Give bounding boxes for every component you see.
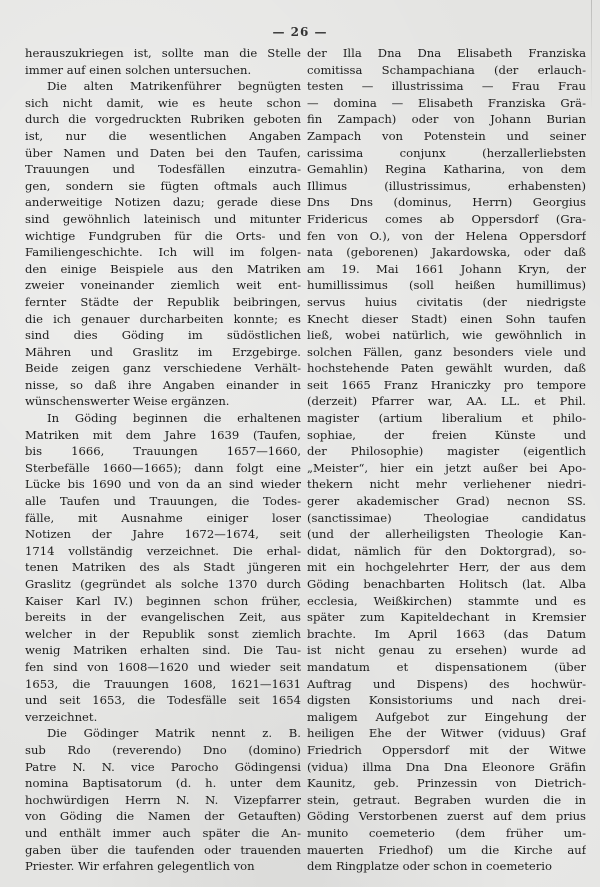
text-line: stein, getraut. Begraben wurden die in <box>307 792 586 809</box>
page-number: — 26 — <box>0 25 600 39</box>
text-line: tenen Matriken des als Stadt jüngeren <box>25 559 301 576</box>
text-line: Fridericus comes ab Oppersdorf (Gra- <box>307 211 586 228</box>
text-line: ecclesia, Weißkirchen) stammte und es <box>307 593 586 610</box>
text-line: Mähren und Graslitz im Erzgebirge. <box>25 344 301 361</box>
text-line: digsten Konsistoriums und nach drei- <box>307 692 586 709</box>
text-line: Matriken mit dem Jahre 1639 (Taufen, <box>25 427 301 444</box>
text-line: carissima conjunx (herzallerliebsten <box>307 145 586 162</box>
text-line: sophiae, der freien Künste und <box>307 427 586 444</box>
text-line: der Illa Dna Dna Elisabeth Franziska <box>307 45 586 62</box>
text-line: fin Zampach) oder von Johann Burian <box>307 111 586 128</box>
text-line: Graslitz (gegründet als solche 1370 durc… <box>25 576 301 593</box>
text-line: bereits in der evangelischen Zeit, aus <box>25 609 301 626</box>
text-line: Illimus (illustrissimus, erhabensten) <box>307 178 586 195</box>
text-line: durch die vorgedruckten Rubriken geboten <box>25 111 301 128</box>
text-line: später zum Kapiteldechant in Kremsier <box>307 609 586 626</box>
text-line: (und der allerheiligsten Theologie Kan- <box>307 526 586 543</box>
text-line: Göding Verstorbenen zuerst auf dem prius <box>307 808 586 825</box>
text-line: (derzeit) Pfarrer war, AA. LL. et Phil. <box>307 393 586 410</box>
text-line: Priester. Wir erfahren gelegentlich von <box>25 858 301 875</box>
text-line: fälle, mit Ausnahme einiger loser <box>25 510 301 527</box>
text-line: sich nicht damit, wie es heute schon <box>25 95 301 112</box>
text-line: „Meister“, hier ein jetzt außer bei Apo- <box>307 460 586 477</box>
text-line: servus huius civitatis (der niedrigste <box>307 294 586 311</box>
text-line: zweier voneinander ziemlich weit ent- <box>25 277 301 294</box>
text-line: Die Gödinger Matrik nennt z. B. <box>25 725 301 742</box>
text-line: Dns Dns (dominus, Herrn) Georgius <box>307 194 586 211</box>
text-line: comitissa Schampachiana (der erlauch- <box>307 62 586 79</box>
text-line: die ich genauer durcharbeiten konnte; es <box>25 311 301 328</box>
text-line: wenig Matriken erhalten sind. Die Tau- <box>25 642 301 659</box>
text-line: verzeichnet. <box>25 709 301 726</box>
text-line: (sanctissimae) Theologiae candidatus <box>307 510 586 527</box>
text-line: sub Rdo (reverendo) Dno (domino) <box>25 742 301 759</box>
paragraph: der Illa Dna Dna Elisabeth Franziskacomi… <box>307 45 586 875</box>
text-line: über Namen und Daten bei den Taufen, <box>25 145 301 162</box>
text-line: hochwürdigen Herrn N. N. Vizepfarrer <box>25 792 301 809</box>
text-line: Kaunitz, geb. Prinzessin von Dietrich- <box>307 775 586 792</box>
text-line: und seit 1653, die Todesfälle seit 1654 <box>25 692 301 709</box>
paragraph: Die Gödinger Matrik nennt z. B.sub Rdo (… <box>25 725 301 874</box>
text-line: bis 1666, Trauungen 1657—1660, <box>25 443 301 460</box>
text-line: didat, nämlich für den Doktorgrad), so- <box>307 543 586 560</box>
text-line: Auftrag und Dispens) des hochwür- <box>307 676 586 693</box>
text-line: mit ein hochgelehrter Herr, der aus dem <box>307 559 586 576</box>
text-line: alle Taufen und Trauungen, die Todes- <box>25 493 301 510</box>
text-line: mandatum et dispensationem (über <box>307 659 586 676</box>
text-line: nomina Baptisatorum (d. h. unter dem <box>25 775 301 792</box>
text-line: Knecht dieser Stadt) einen Sohn taufen <box>307 311 586 328</box>
text-line: sind dies Göding im südöstlichen <box>25 327 301 344</box>
text-line: Gemahlin) Regina Katharina, von dem <box>307 161 586 178</box>
text-line: solchen Fällen, ganz besonders viele und <box>307 344 586 361</box>
text-line: fen sind von 1608—1620 und wieder seit <box>25 659 301 676</box>
text-line: testen — illustrissima — Frau Frau <box>307 78 586 95</box>
text-line: Göding benachbarten Holitsch (lat. Alba <box>307 576 586 593</box>
text-line: der Philosophie) magister (eigentlich <box>307 443 586 460</box>
text-line: welcher in der Republik sonst ziemlich <box>25 626 301 643</box>
text-line: Die alten Matrikenführer begnügten <box>25 78 301 95</box>
text-line: gen, sondern sie fügten oftmals auch <box>25 178 301 195</box>
text-line: Kaiser Karl IV.) beginnen schon früher, <box>25 593 301 610</box>
paragraph: herauszukriegen ist, sollte man die Stel… <box>25 45 301 78</box>
text-line: den einige Beispiele aus den Matriken <box>25 261 301 278</box>
text-line: heiligen Ehe der Witwer (viduus) Graf <box>307 725 586 742</box>
text-line: sind gewöhnlich lateinisch und mitunter <box>25 211 301 228</box>
text-line: mauerten Friedhof) um die Kirche auf <box>307 842 586 859</box>
text-line: immer auf einen solchen untersuchen. <box>25 62 301 79</box>
text-line: seit 1665 Franz Hraniczky pro tempore <box>307 377 586 394</box>
text-line: fernter Städte der Republik beibringen, <box>25 294 301 311</box>
text-line: Lücke bis 1690 und von da an sind wieder <box>25 476 301 493</box>
text-line: 1653, die Trauungen 1608, 1621—1631 <box>25 676 301 693</box>
left-column: herauszukriegen ist, sollte man die Stel… <box>25 45 301 875</box>
text-line: von Göding die Namen der Getauften) <box>25 808 301 825</box>
text-line: fen von O.), von der Helena Oppersdorf <box>307 228 586 245</box>
text-line: gaben über die taufenden oder trauenden <box>25 842 301 859</box>
text-line: ist nicht genau zu ersehen) wurde ad <box>307 642 586 659</box>
text-line: dem Ringplatze oder schon in coemeterio <box>307 858 586 875</box>
text-line: In Göding beginnen die erhaltenen <box>25 410 301 427</box>
text-line: ist, nur die wesentlichen Angaben <box>25 128 301 145</box>
text-line: brachte. Im April 1663 (das Datum <box>307 626 586 643</box>
text-line: hochstehende Paten gewählt wurden, daß <box>307 360 586 377</box>
text-line: Familiengeschichte. Ich will im folgen- <box>25 244 301 261</box>
text-line: — domina — Elisabeth Franziska Grä- <box>307 95 586 112</box>
text-line: Friedrich Oppersdorf mit der Witwe <box>307 742 586 759</box>
paragraph: In Göding beginnen die erhaltenenMatrike… <box>25 410 301 725</box>
text-line: Patre N. N. vice Parocho Gödingensi <box>25 759 301 776</box>
text-line: anderweitige Notizen dazu; gerade diese <box>25 194 301 211</box>
text-line: nata (geborenen) Jakardowska, oder daß <box>307 244 586 261</box>
text-line: munito coemeterio (dem früher um- <box>307 825 586 842</box>
text-line: nisse, so daß ihre Angaben einander in <box>25 377 301 394</box>
text-line: am 19. Mai 1661 Johann Kryn, der <box>307 261 586 278</box>
text-line: ließ, wobei natürlich, wie gewöhnlich in <box>307 327 586 344</box>
right-column: der Illa Dna Dna Elisabeth Franziskacomi… <box>307 45 586 875</box>
text-line: Notizen der Jahre 1672—1674, seit <box>25 526 301 543</box>
text-line: thekern nicht mehr verliehener niedri- <box>307 476 586 493</box>
text-line: Zampach von Potenstein und seiner <box>307 128 586 145</box>
text-line: magister (artium liberalium et philo- <box>307 410 586 427</box>
text-line: humillissimus (soll heißen humillimus) <box>307 277 586 294</box>
text-line: Sterbefälle 1660—1665); dann folgt eine <box>25 460 301 477</box>
text-line: 1714 vollständig verzeichnet. Die erhal- <box>25 543 301 560</box>
page-edge <box>591 0 592 110</box>
text-line: wünschenswerter Weise ergänzen. <box>25 393 301 410</box>
text-line: (vidua) illma Dna Dna Eleonore Gräfin <box>307 759 586 776</box>
text-line: Beide zeigen ganz verschiedene Verhält- <box>25 360 301 377</box>
paragraph: Die alten Matrikenführer begnügtensich n… <box>25 78 301 410</box>
text-line: maligem Aufgebot zur Eingehung der <box>307 709 586 726</box>
text-line: herauszukriegen ist, sollte man die Stel… <box>25 45 301 62</box>
text-line: und enthält immer auch später die An- <box>25 825 301 842</box>
text-line: gerer akademischer Grad) necnon SS. <box>307 493 586 510</box>
text-line: wichtige Fundgruben für die Orts- und <box>25 228 301 245</box>
text-line: Trauungen und Todesfällen einzutra- <box>25 161 301 178</box>
